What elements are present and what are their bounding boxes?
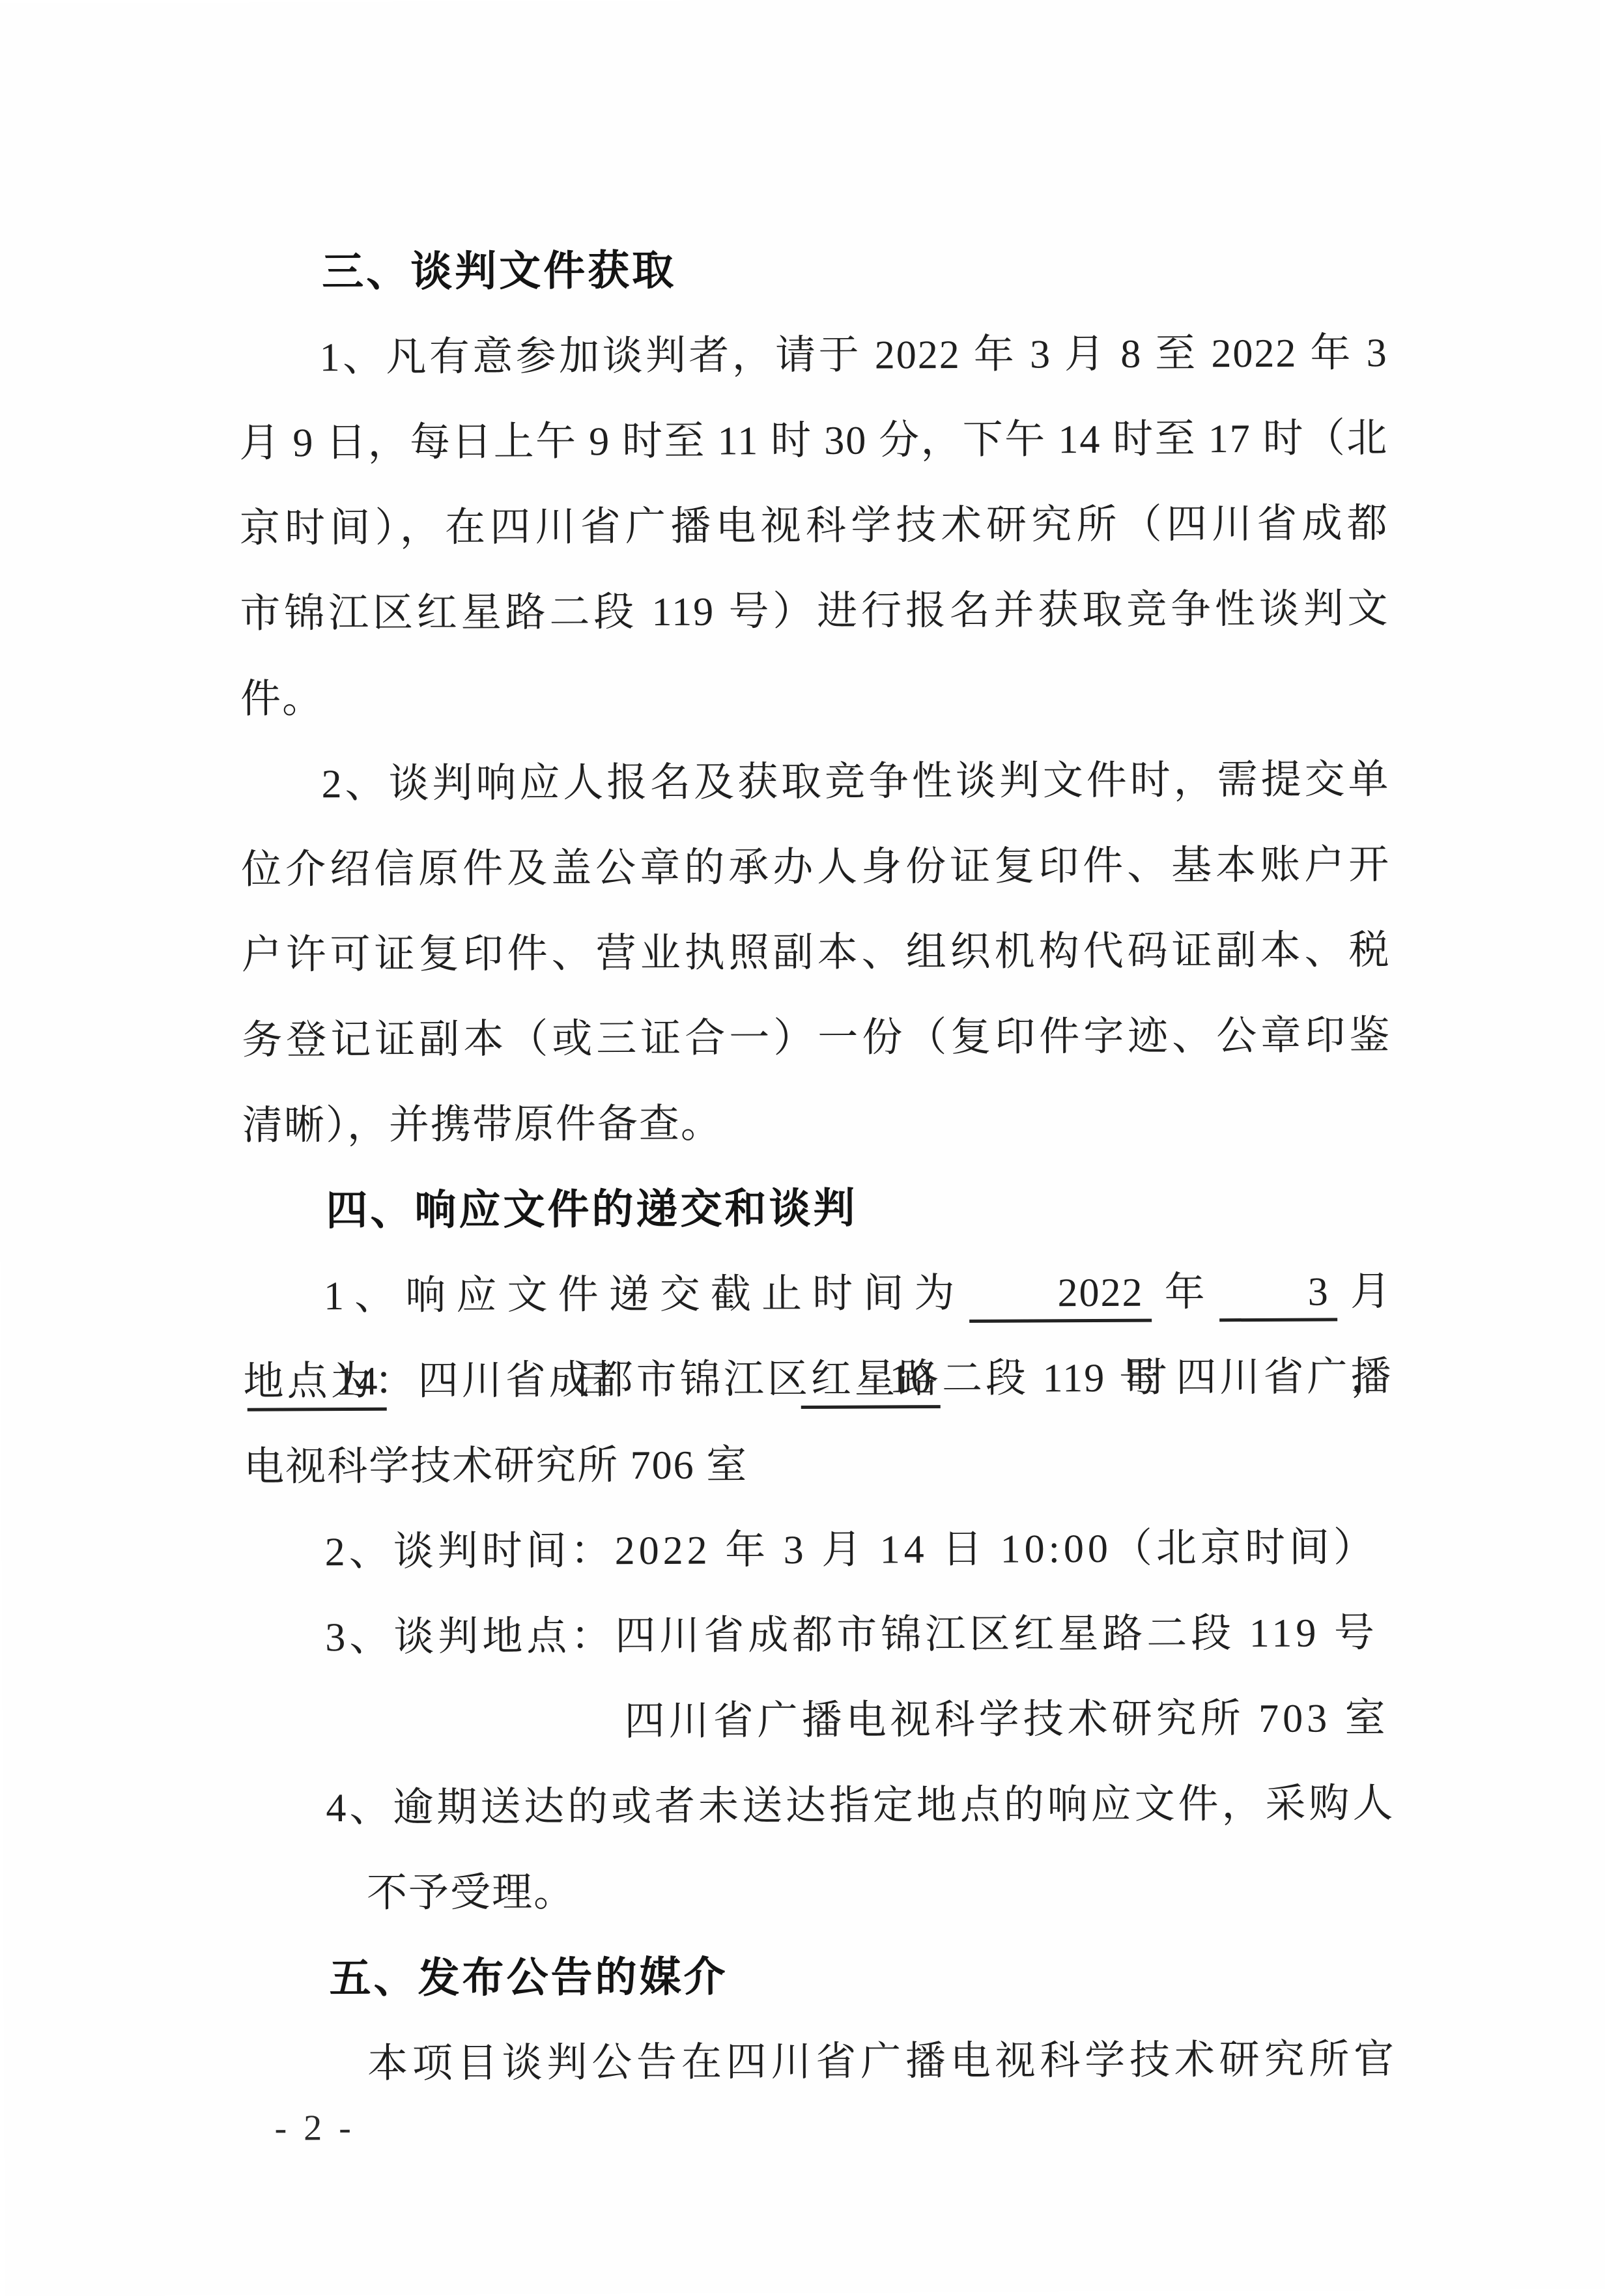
document-body: 三、谈判文件获取 1、凡有意参加谈判者，请于 2022 年 3 月 8 至 20…	[238, 225, 1396, 2108]
deadline-text: 1、响应文件递交截止时间为	[324, 1271, 965, 1318]
section-heading-3: 三、谈判文件获取	[238, 225, 1388, 316]
text-line: 清晰），并携带原件备查。	[242, 1079, 1392, 1169]
text-line: 地点为：四川省成都市锦江区红星路二段 119 号 四川省广播	[243, 1335, 1393, 1425]
text-line: 2、谈判响应人报名及获取竞争性谈判文件时，需提交单	[240, 737, 1390, 828]
text-line: 2、谈判时间：2022 年 3 月 14 日 10:00（北京时间）	[244, 1505, 1393, 1596]
section-heading-4: 四、响应文件的递交和谈判	[242, 1164, 1392, 1254]
text-line: 务登记证副本（或三证合一）一份（复印件字迹、公章印鉴	[242, 993, 1391, 1084]
text-line: 户许可证复印件、营业执照副本、组织机构代码证副本、税	[241, 908, 1391, 999]
text-line: 本项目谈判公告在四川省广播电视科学技术研究所官	[246, 2017, 1396, 2108]
deadline-year-unit: 年	[1155, 1270, 1215, 1314]
text-line: 1、凡有意参加谈判者，请于 2022 年 3 月 8 至 2022 年 3	[238, 311, 1388, 401]
deadline-month-unit: 月	[1341, 1269, 1392, 1314]
text-line: 京时间），在四川省广播电视科学技术研究所（四川省成都	[240, 481, 1389, 572]
text-line: 市锦江区红星路二段 119 号）进行报名并获取竞争性谈判文	[240, 567, 1389, 657]
text-line: 位介绍信原件及盖公章的承办人身份证复印件、基本账户开	[241, 823, 1391, 913]
text-line: 件。	[240, 652, 1390, 743]
section-heading-5: 五、发布公告的媒介	[246, 1932, 1395, 2022]
page-number: - 2 -	[274, 2107, 355, 2149]
text-line: 不予受理。	[246, 1847, 1395, 1937]
document-page: 三、谈判文件获取 1、凡有意参加谈判者，请于 2022 年 3 月 8 至 20…	[0, 0, 1605, 2296]
text-line: 四川省广播电视科学技术研究所 703 室	[245, 1676, 1395, 1766]
text-line: 电视科学技术研究所 706 室	[244, 1420, 1393, 1510]
deadline-month-underline: 3	[1219, 1267, 1337, 1321]
deadline-line: 1、响应文件递交截止时间为2022年3月14日10时，	[243, 1249, 1393, 1340]
text-line: 月 9 日，每日上午 9 时至 11 时 30 分，下午 14 时至 17 时（…	[239, 396, 1389, 487]
deadline-year-underline: 2022	[969, 1268, 1151, 1323]
text-line: 4、逾期送达的或者未送达指定地点的响应文件，采购人	[245, 1761, 1395, 1852]
text-line: 3、谈判地点：四川省成都市锦江区红星路二段 119 号	[244, 1591, 1394, 1681]
